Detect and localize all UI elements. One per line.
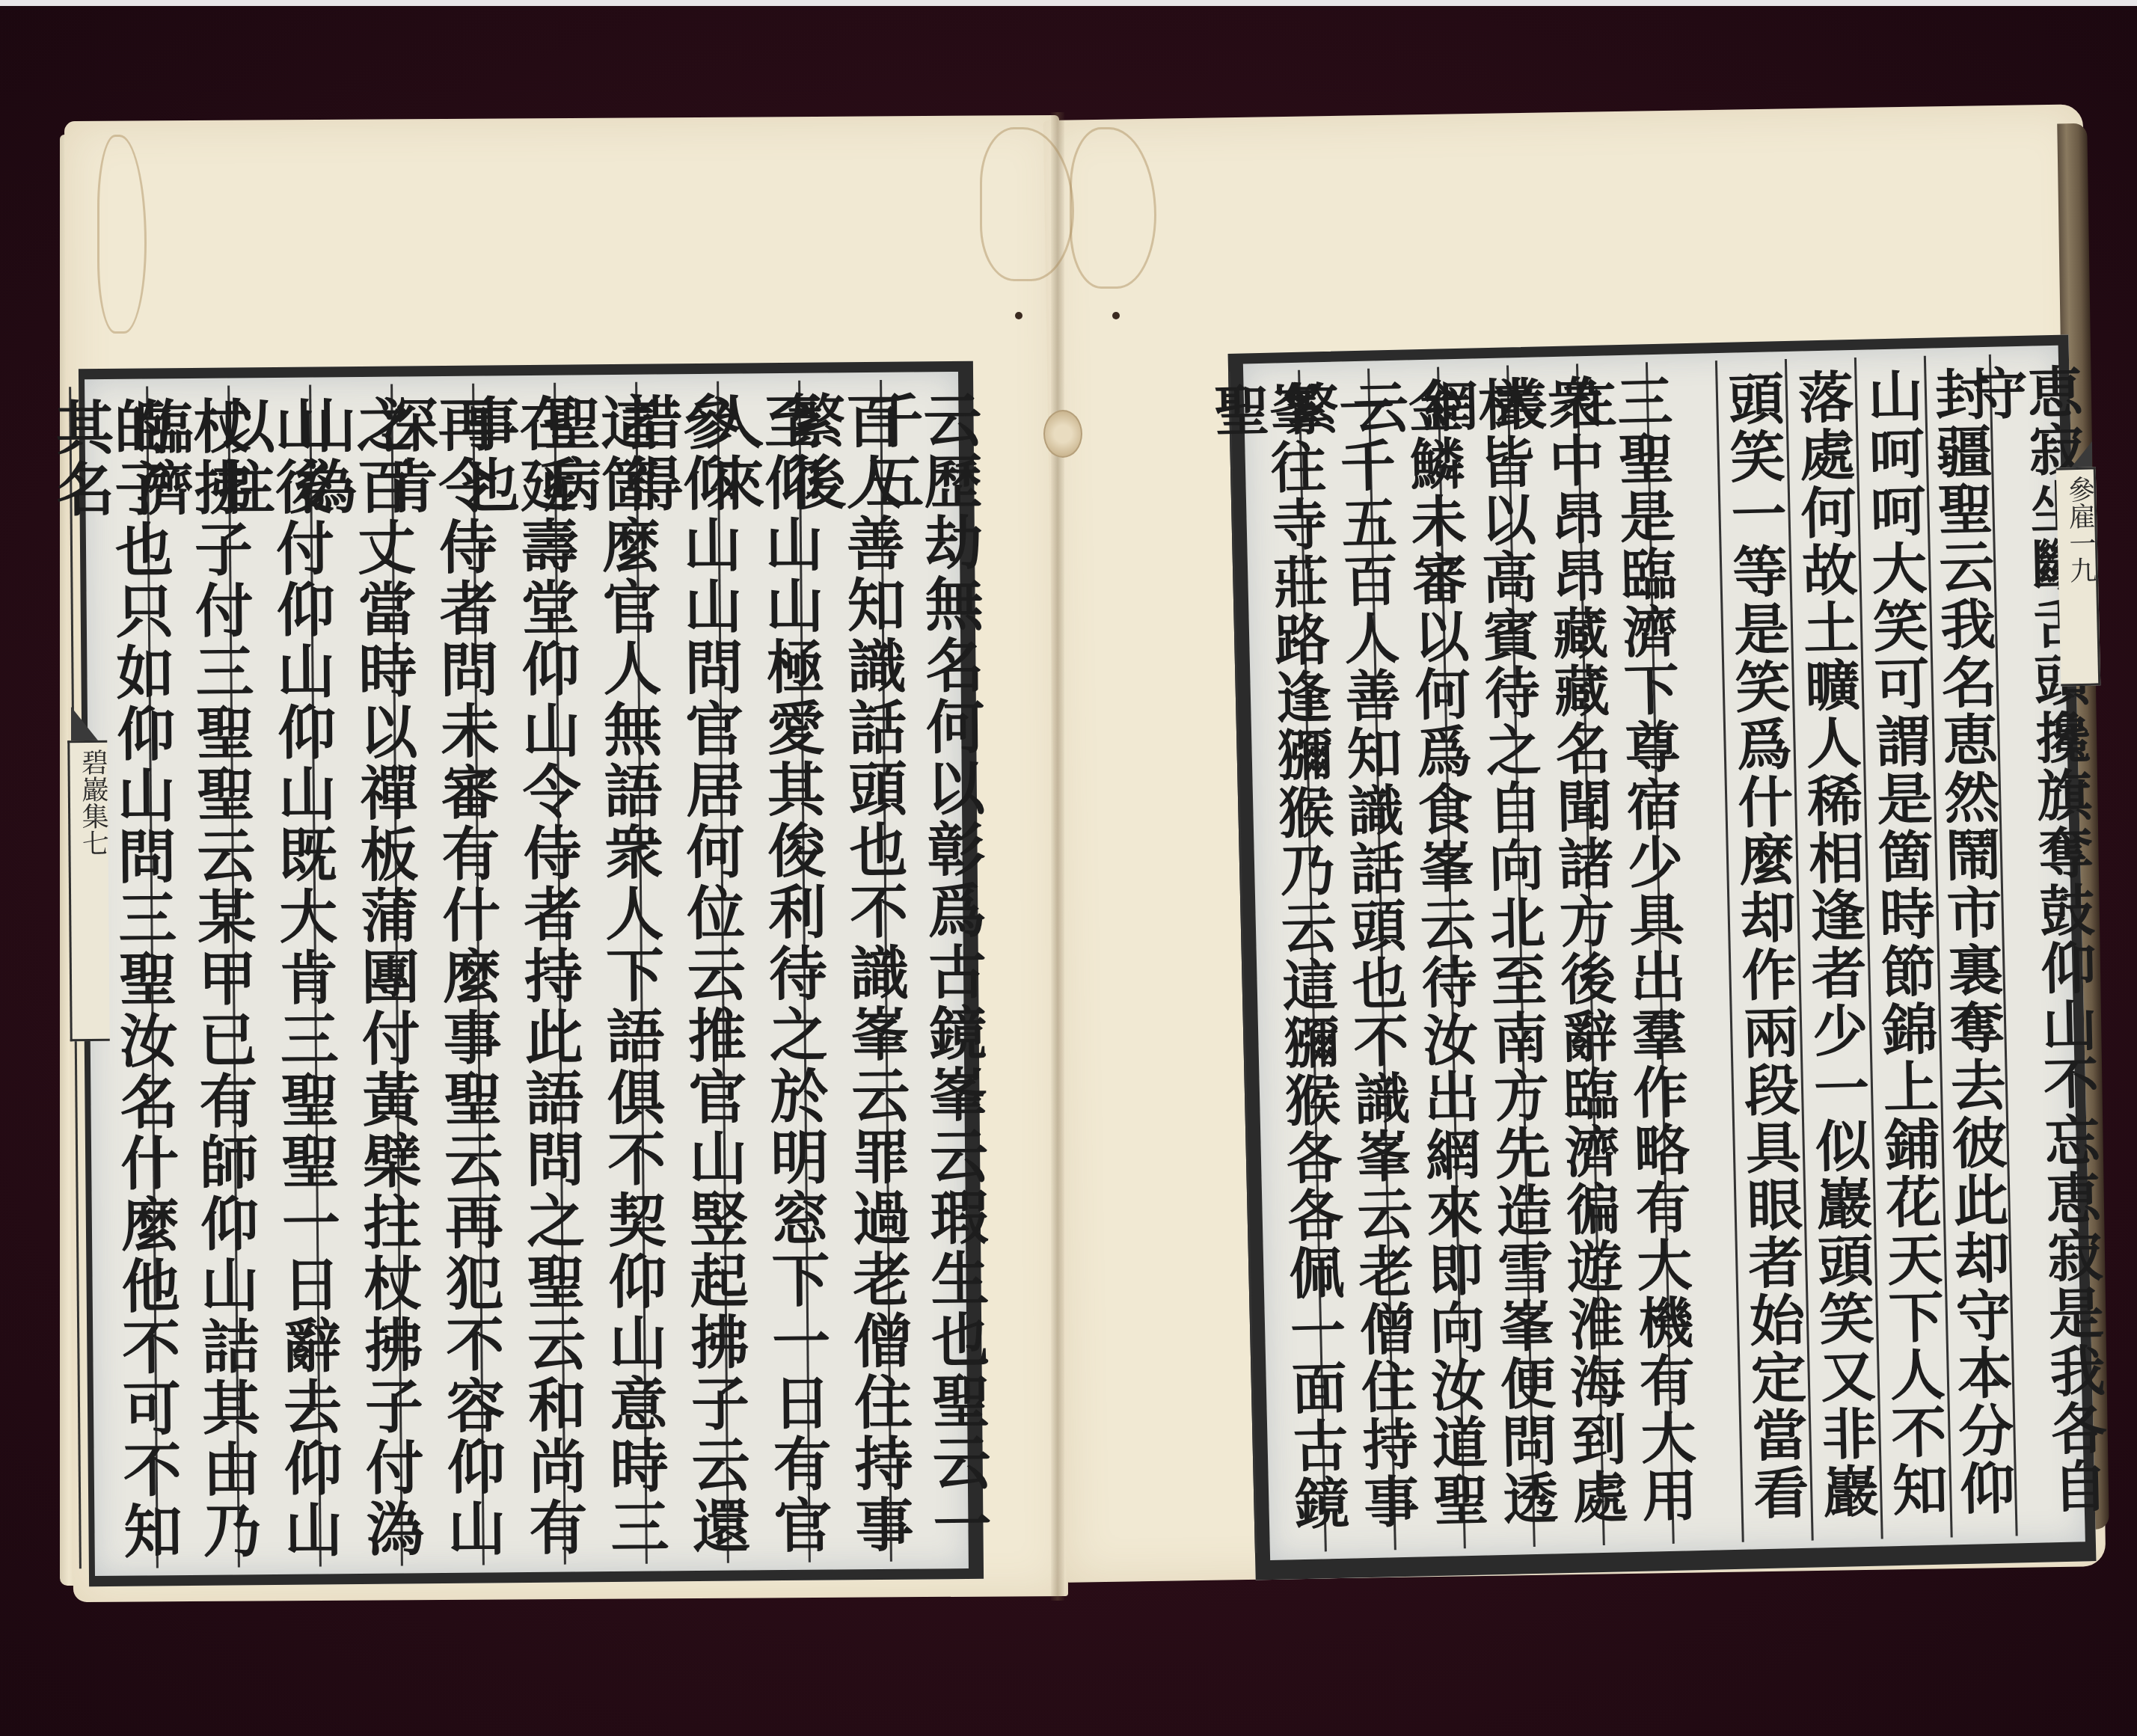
right-fore-edge-title: 參雇一九	[2056, 467, 2101, 686]
text-column: 峯往寺莊路逢獼猴乃云這獼猴各各佩一面古鏡聖	[1228, 370, 1325, 1553]
left-page-columns: 云歷劫無名何以彰爲古鏡峯云瑕生也聖云一千五 百人善知識話頭也不識峯云罪過老僧住持…	[89, 379, 964, 1568]
binding-thread-knot	[1043, 410, 1082, 458]
left-page-text-block: 云歷劫無名何以彰爲古鏡峯云瑕生也聖云一千五 百人善知識話頭也不識峯云罪過老僧住持…	[79, 361, 984, 1586]
left-fore-edge-title: 碧巖集七	[67, 740, 110, 1041]
scan-edge	[0, 0, 2137, 6]
binding-hole	[1112, 312, 1120, 319]
binding-hole	[1015, 312, 1022, 319]
right-page-text-block: 恵寂坐斷舌頭攙旗奪鼓仰山不忘恵寂是我各自守 封疆聖云我名恵然鬧市裏奪去彼此却守本…	[1228, 334, 2097, 1580]
right-page-columns: 恵寂坐斷舌頭攙旗奪鼓仰山不忘恵寂是我各自守 封疆聖云我名恵然鬧市裏奪去彼此却守本…	[1248, 353, 2081, 1553]
photograph: 云歷劫無名何以彰爲古鏡峯云瑕生也聖云一千五 百人善知識話頭也不識峯云罪過老僧住持…	[0, 0, 2137, 1736]
binding-gutter	[1051, 112, 1064, 1601]
